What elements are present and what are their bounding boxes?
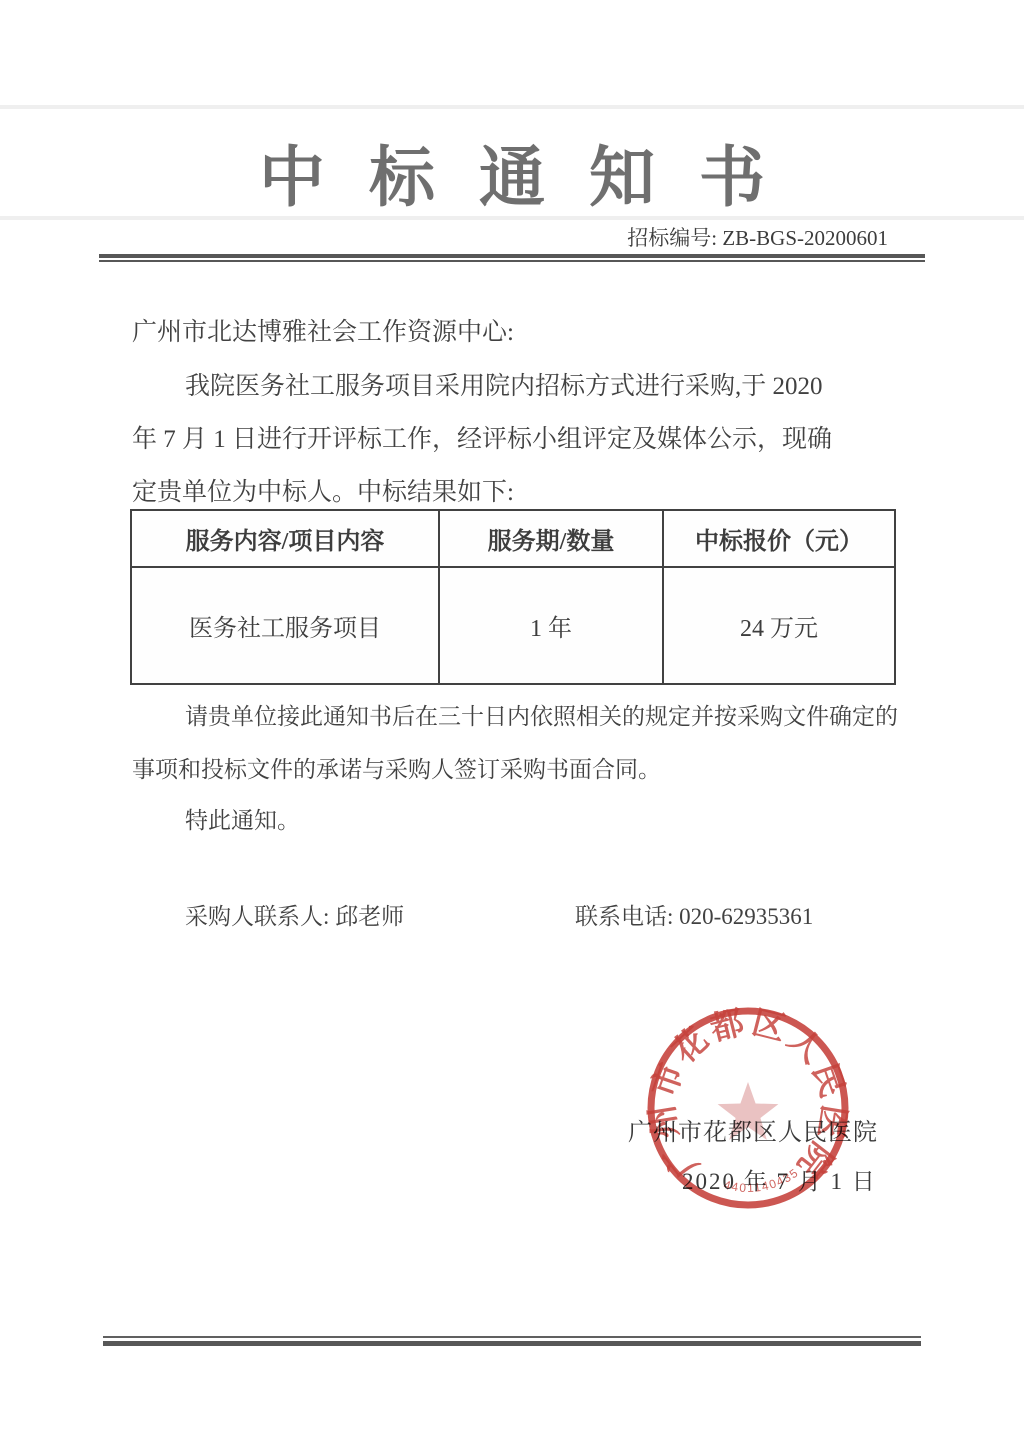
cell-award-price: 24 万元 — [663, 567, 895, 684]
award-result-table: 服务内容/项目内容 服务期/数量 中标报价（元） 医务社工服务项目 1 年 24… — [130, 509, 896, 685]
contact-phone: 联系电话: 020-62935361 — [575, 898, 813, 931]
header-service-content: 服务内容/项目内容 — [131, 510, 439, 567]
page-title: 中标通知书 — [0, 124, 1024, 219]
paragraph2-line2: 事项和投标文件的承诺与采购人签订采购书面合同。 — [132, 751, 661, 784]
tender-reference-number: 招标编号: ZB-BGS-20200601 — [627, 222, 888, 252]
scan-artifact-line-top — [0, 105, 1024, 109]
official-red-seal: 广州市花都区人民医院 4401140435 — [628, 988, 872, 1238]
header-service-period: 服务期/数量 — [439, 510, 663, 567]
cell-service-content: 医务社工服务项目 — [131, 567, 439, 684]
award-notice-page: 中标通知书 招标编号: ZB-BGS-20200601 广州市北达博雅社会工作资… — [0, 0, 1024, 1448]
cell-service-period: 1 年 — [439, 567, 663, 684]
header-double-rule — [99, 254, 925, 262]
contact-person: 采购人联系人: 邱老师 — [185, 898, 404, 931]
paragraph1-line3: 定贵单位为中标人。中标结果如下: — [132, 472, 514, 508]
closing-statement: 特此通知。 — [185, 802, 300, 835]
paragraph2-line1: 请贵单位接此通知书后在三十日内依照相关的规定并按采购文件确定的 — [185, 698, 898, 731]
seal-serial-number: 4401140435 — [722, 1165, 801, 1195]
paragraph1-line2: 年 7 月 1 日进行开评标工作，经评标小组评定及媒体公示，现确 — [132, 419, 832, 455]
paragraph1-line1: 我院医务社工服务项目采用院内招标方式进行采购,于 2020 — [185, 366, 823, 402]
salutation: 广州市北达博雅社会工作资源中心: — [132, 312, 514, 348]
scan-artifact-line-under-title — [0, 216, 1024, 220]
footer-double-rule — [103, 1336, 921, 1346]
seal-star-icon — [718, 1082, 779, 1140]
table-header-row: 服务内容/项目内容 服务期/数量 中标报价（元） — [131, 510, 895, 567]
header-award-price: 中标报价（元） — [663, 510, 895, 567]
table-row: 医务社工服务项目 1 年 24 万元 — [131, 567, 895, 684]
